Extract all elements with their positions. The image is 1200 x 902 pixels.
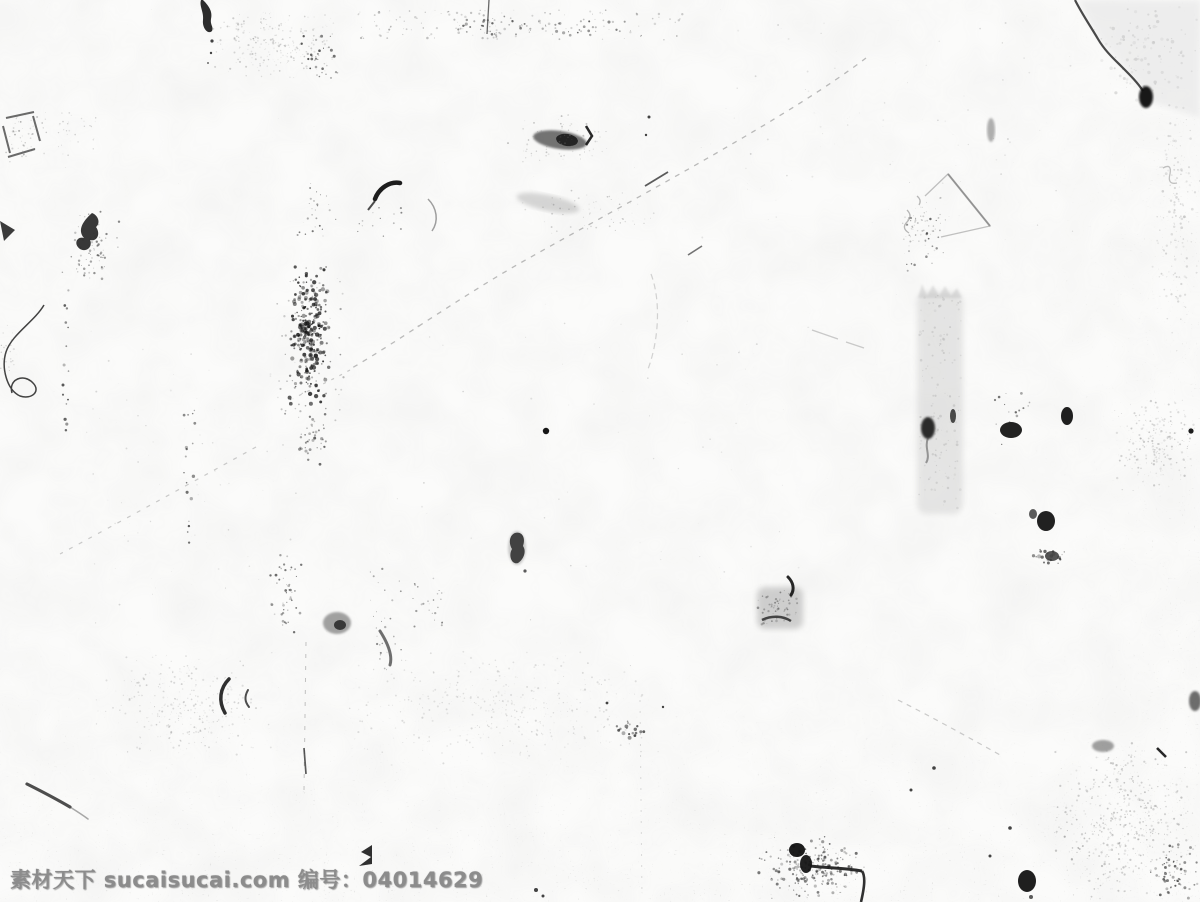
corner-crack-blob xyxy=(1139,86,1153,108)
watermark-text: 素材天下 sucaisucai.com 编号：04014629 xyxy=(10,864,483,894)
ink-blob-1027-dot xyxy=(1029,895,1033,899)
brush-streak-dash xyxy=(950,409,956,423)
center-ink-blob-dot xyxy=(523,569,526,572)
center-ink-dot xyxy=(543,428,549,434)
brush-streak-ink-blob xyxy=(921,417,935,439)
right-dense-grain-layer xyxy=(980,0,1200,902)
bottom-splotch-blob-a xyxy=(789,843,805,857)
right-cloud-dark-dot xyxy=(1188,428,1193,433)
ink-blob-cluster xyxy=(1037,511,1055,531)
grunge-texture-image: 素材天下 sucaisucai.com 编号：04014629 xyxy=(0,0,1200,902)
gray-smudge-1103 xyxy=(1092,740,1114,752)
bottom-splotch-blob-b xyxy=(800,855,812,873)
ink-blob-right xyxy=(1000,422,1022,438)
ink-blob-1067 xyxy=(1061,407,1073,425)
ink-blob-1027 xyxy=(1018,870,1036,892)
ink-blob-cluster-b xyxy=(1029,509,1037,519)
gray-brush-streak xyxy=(917,292,963,514)
center-ink-blob-fringe xyxy=(508,531,526,565)
ink-blob-chain-b xyxy=(1045,551,1059,561)
gray-blob-337-core xyxy=(334,620,346,630)
texture-svg xyxy=(0,0,1200,902)
